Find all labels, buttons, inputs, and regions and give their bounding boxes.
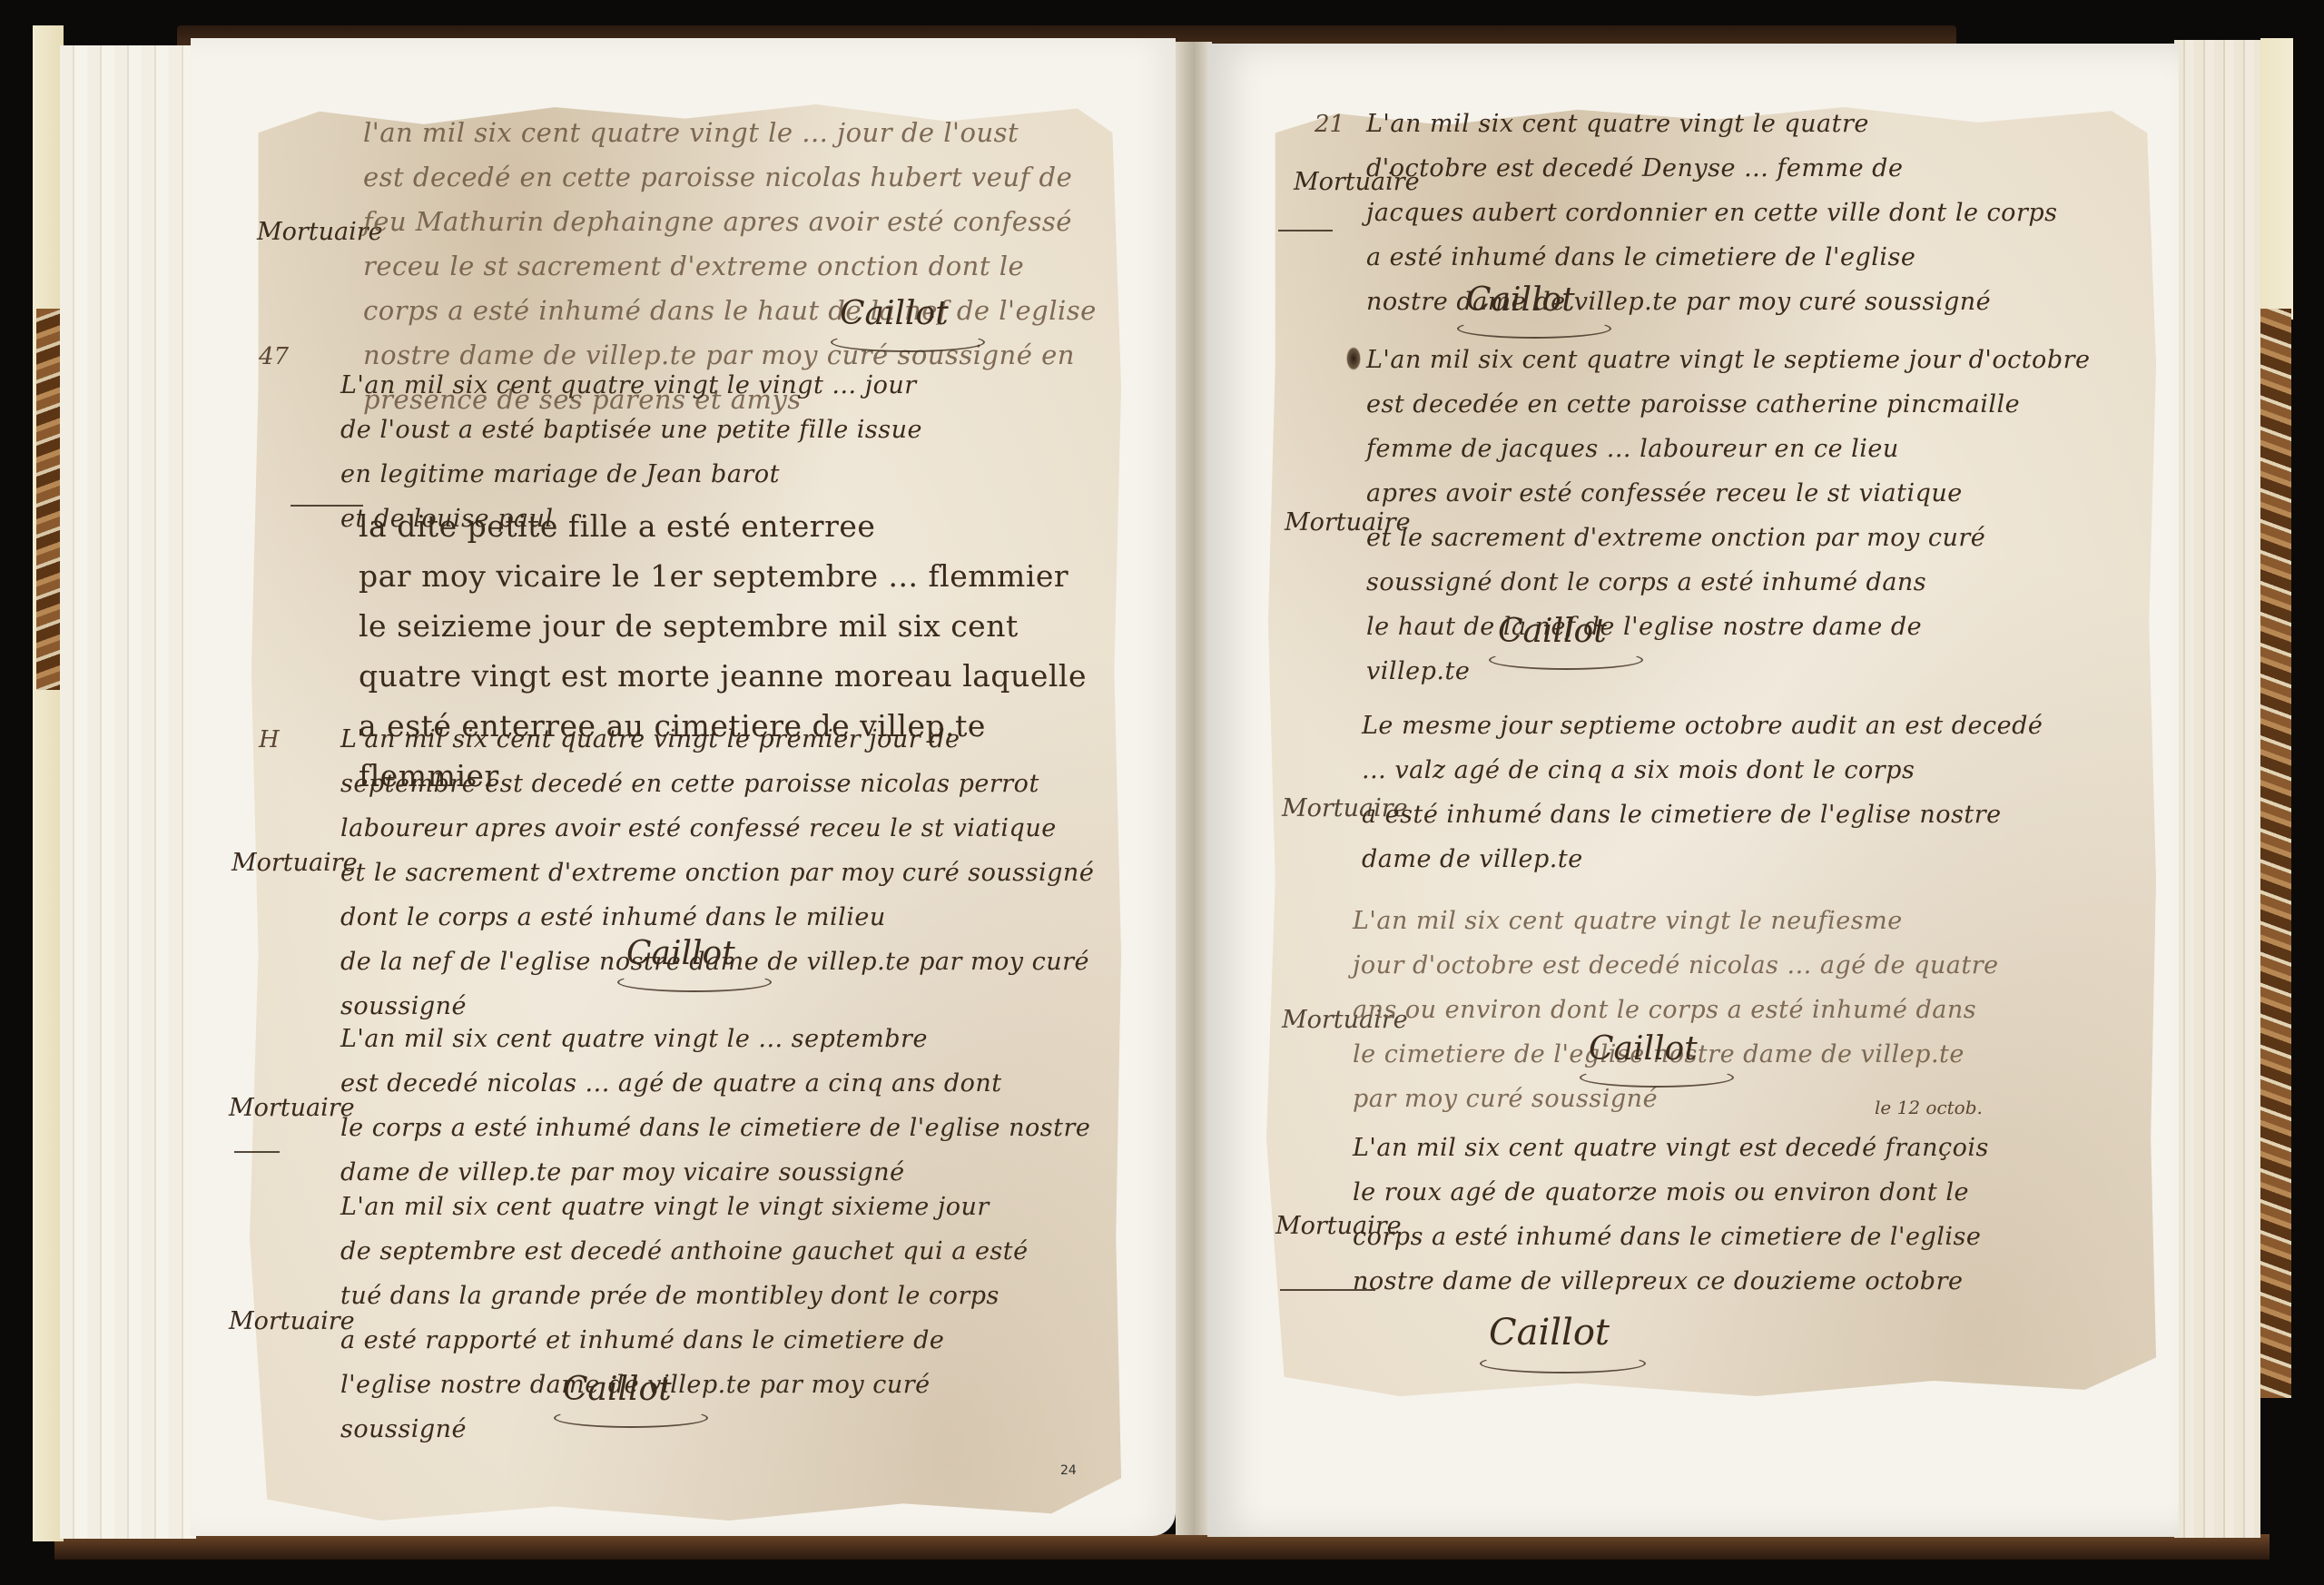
register-entry: L'an mil six cent quatre vingt est deced…	[1353, 1126, 2152, 1304]
book-gutter	[1176, 42, 1212, 1535]
entry-number: 47	[259, 343, 289, 370]
margin-label: Mortuaire	[229, 1094, 355, 1122]
register-entry: L'an mil six cent quatre vingt le neufie…	[1353, 899, 2142, 1121]
signature: Caillot	[840, 295, 949, 332]
register-entry: L'an mil six cent quatre vingt le vingt …	[340, 1185, 1103, 1452]
folio-number: 24	[1060, 1463, 1077, 1478]
margin-label: Mortuaire	[229, 1307, 355, 1335]
marbled-board-right	[2260, 309, 2291, 1398]
signature: Caillot	[1498, 613, 1607, 650]
margin-rule	[234, 1151, 280, 1153]
signature: Caillot	[1466, 281, 1575, 319]
page-stack-left	[60, 45, 196, 1539]
book-cover-bottom-edge	[54, 1534, 2270, 1560]
register-entry: Le mesme jour septieme octobre audit an …	[1362, 704, 2142, 881]
margin-rule	[290, 505, 363, 507]
register-entry: L'an mil six cent quatre vingt le ... se…	[340, 1017, 1103, 1195]
signature: Caillot	[1489, 1312, 1610, 1354]
register-entry: L'an mil six cent quatre vingt le septie…	[1366, 338, 2147, 694]
signature: Caillot	[626, 935, 735, 972]
margin-rule	[1278, 230, 1333, 231]
ink-blot	[1346, 347, 1361, 370]
page-stack-right	[2174, 40, 2260, 1538]
entry-number: 21	[1315, 111, 1344, 138]
signature: Caillot	[1589, 1030, 1698, 1068]
signature: Caillot	[563, 1371, 672, 1408]
entry-number: H	[259, 726, 280, 753]
entry-date-annotation: le 12 octob.	[1875, 1097, 1983, 1118]
vellum-binding-right	[2260, 38, 2293, 320]
margin-label: Mortuaire	[231, 849, 358, 877]
vellum-binding-left	[33, 25, 64, 1541]
